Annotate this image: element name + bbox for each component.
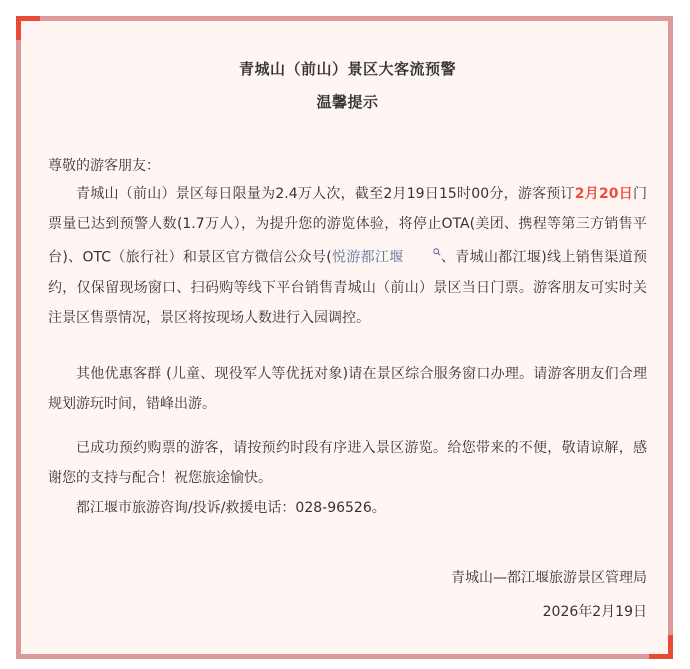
search-icon[interactable] [405,239,441,269]
corner-accent-bottom-right [668,635,673,659]
signature-organization: 青城山—都江堰旅游景区管理局 [451,567,647,587]
salutation: 尊敬的游客朋友： [48,151,647,181]
signature-date: 2026年2月19日 [543,601,647,621]
paragraph-capacity-warning: 青城山（前山）景区每日限量为2.4万人次，截至2月19日15时00分，游客预订2… [48,179,647,333]
notice-title: 青城山（前山）景区大客流预警 [48,58,647,79]
wechat-account-link[interactable]: 悦游都江堰 [332,250,404,266]
notice-subtitle: 温馨提示 [48,91,647,112]
paragraph-text: 青城山（前山）景区每日限量为2.4万人次，截至2月19日15时00分，游客预订 [76,186,575,202]
paragraph-booked-visitors: 已成功预约购票的游客，请按预约时段有序进入景区游览。给您带来的不便，敬请谅解，感… [48,433,647,493]
notice-frame: 青城山（前山）景区大客流预警 温馨提示 尊敬的游客朋友： 青城山（前山）景区每日… [16,16,673,659]
highlight-date: 2月20日 [575,186,633,202]
paragraph-priority-groups: 其他优惠客群 (儿童、现役军人等优抚对象)请在景区综合服务窗口办理。请游客朋友们… [48,359,647,419]
corner-accent-top-left [16,16,21,40]
paragraph-hotline: 都江堰市旅游咨询/投诉/救援电话：028-96526。 [48,493,647,523]
